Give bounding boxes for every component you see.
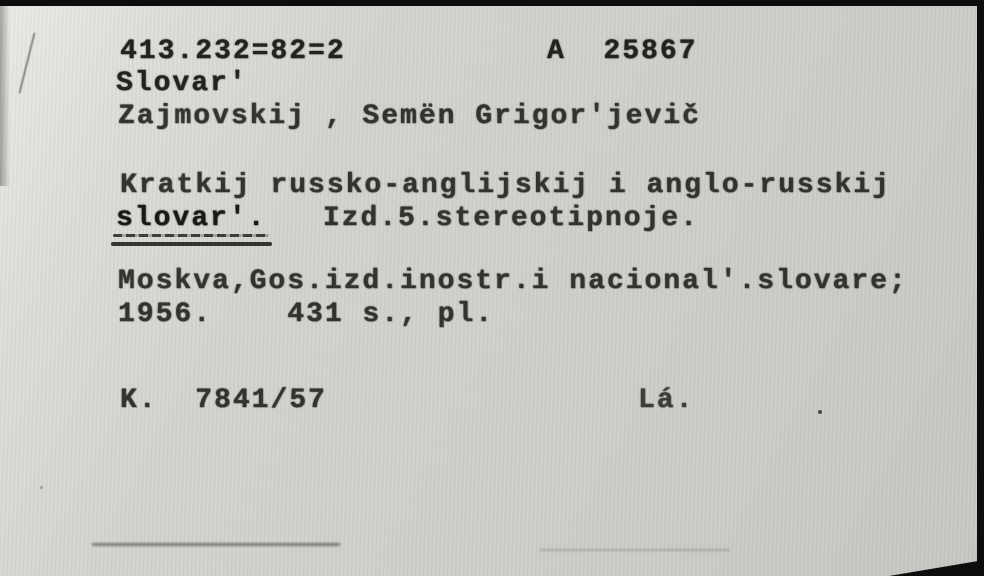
edition-gap — [266, 203, 322, 234]
edition-statement: Izd.5.stereotipnoje. — [323, 203, 699, 234]
ink-speck — [40, 486, 43, 489]
title-line: Kratkij russko-anglijskij i anglo-russki… — [120, 170, 891, 201]
left-edge-shadow — [0, 6, 10, 186]
shelf-number: 25867 — [603, 36, 697, 67]
call-class-number: 413.232=82=2 — [120, 36, 346, 67]
catalog-card-scan: 413.232=82=2 A 25867 Slovar' Zajmovskij … — [0, 0, 984, 576]
underlined-title-word: slovar'. — [116, 203, 266, 234]
shelf-mark: A 25867 — [547, 36, 697, 67]
faint-smudge-mark — [540, 549, 730, 551]
title-word-underline-lower — [111, 242, 272, 246]
scan-corner-shadow — [889, 560, 984, 576]
catalog-card: 413.232=82=2 A 25867 Slovar' Zajmovskij … — [0, 6, 977, 576]
shelf-letter: A — [547, 36, 566, 67]
heading-entry: Slovar' — [116, 68, 248, 99]
imprint-line: Moskva,Gos.izd.inostr.i nacional'.slovar… — [118, 266, 908, 297]
title-word-underline-upper — [113, 234, 269, 237]
title-continuation-line: slovar'. Izd.5.stereotipnoje. — [116, 203, 699, 234]
cataloguer-initials: Lá. — [638, 385, 694, 416]
accession-note: K. 7841/57 — [120, 385, 327, 416]
collation-line: 1956. 431 s., pl. — [118, 299, 494, 330]
pencil-smudge-mark — [92, 543, 340, 546]
shelf-mark-gap — [566, 36, 604, 67]
ink-speck — [818, 410, 822, 414]
author-line: Zajmovskij , Semën Grigor'jevič — [118, 101, 701, 132]
paper-crease-mark — [19, 33, 36, 94]
